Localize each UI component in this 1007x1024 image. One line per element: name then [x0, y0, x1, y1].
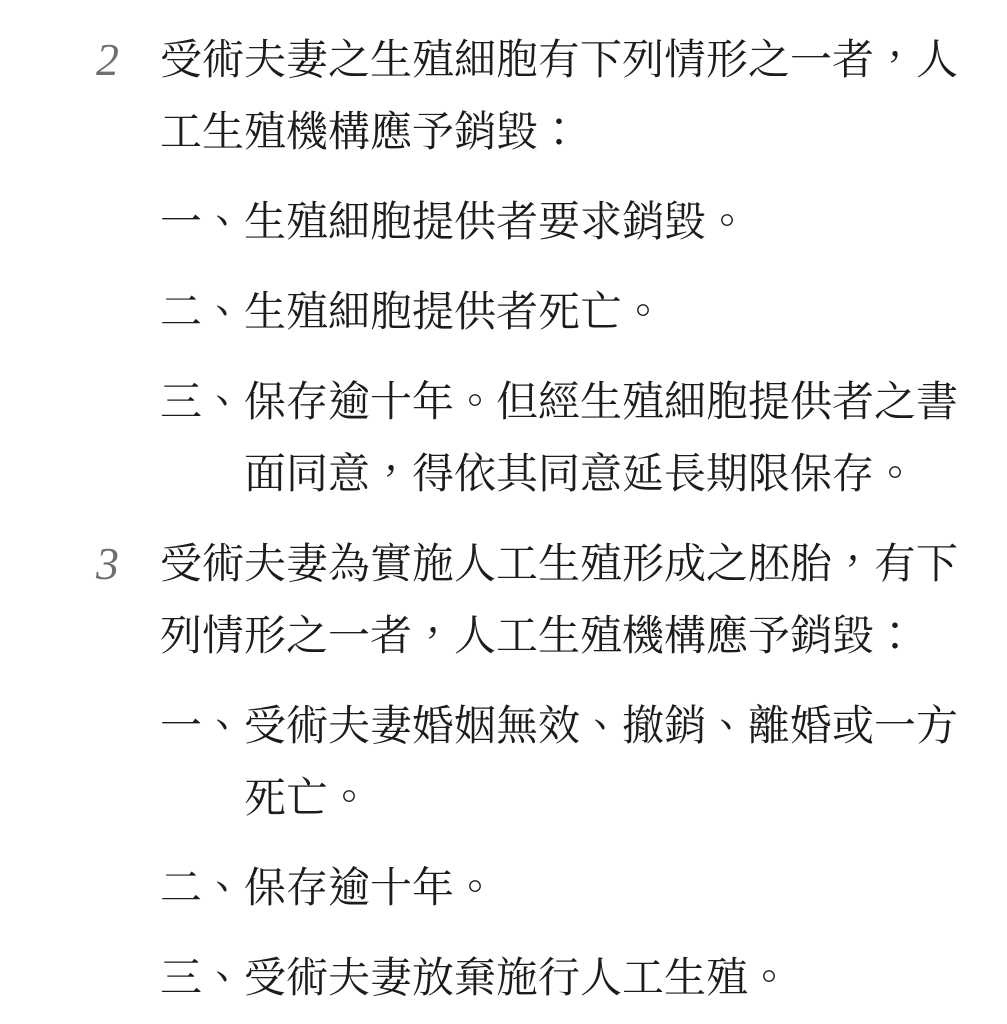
list-item-text: 生殖細胞提供者死亡。 — [244, 276, 962, 348]
legal-document-page: 2 受術夫妻之生殖細胞有下列情形之一者，人工生殖機構應予銷毀： 一、 生殖細胞提… — [0, 0, 1007, 1024]
list-item: 三、 保存逾十年。但經生殖細胞提供者之書面同意，得依其同意延長期限保存。 — [160, 366, 962, 510]
list-item-marker: 二、 — [160, 852, 244, 924]
list-item-text: 受術夫妻婚姻無效、撤銷、離婚或一方死亡。 — [244, 690, 962, 834]
list-item-marker: 三、 — [160, 942, 244, 1014]
list-item-marker: 三、 — [160, 366, 244, 510]
paragraph-text: 受術夫妻之生殖細胞有下列情形之一者，人工生殖機構應予銷毀： — [160, 24, 962, 168]
paragraph-text: 受術夫妻為實施人工生殖形成之胚胎，有下列情形之一者，人工生殖機構應予銷毀： — [160, 528, 962, 672]
list-item: 一、 受術夫妻婚姻無效、撤銷、離婚或一方死亡。 — [160, 690, 962, 834]
list-item: 二、 生殖細胞提供者死亡。 — [160, 276, 962, 348]
list-item: 二、 保存逾十年。 — [160, 852, 962, 924]
list-item-text: 生殖細胞提供者要求銷毀。 — [244, 186, 962, 258]
list-item: 三、 受術夫妻放棄施行人工生殖。 — [160, 942, 962, 1014]
paragraph-2: 2 受術夫妻之生殖細胞有下列情形之一者，人工生殖機構應予銷毀： 一、 生殖細胞提… — [0, 24, 1007, 510]
list-item-text: 保存逾十年。 — [244, 852, 962, 924]
list-item: 一、 生殖細胞提供者要求銷毀。 — [160, 186, 962, 258]
list-item-text: 受術夫妻放棄施行人工生殖。 — [244, 942, 962, 1014]
list-item-marker: 一、 — [160, 186, 244, 258]
paragraph-3: 3 受術夫妻為實施人工生殖形成之胚胎，有下列情形之一者，人工生殖機構應予銷毀： … — [0, 528, 1007, 1014]
paragraph-number: 2 — [96, 24, 152, 96]
list-item-marker: 二、 — [160, 276, 244, 348]
paragraph-number: 3 — [96, 528, 152, 600]
list-item-text: 保存逾十年。但經生殖細胞提供者之書面同意，得依其同意延長期限保存。 — [244, 366, 962, 510]
list-item-marker: 一、 — [160, 690, 244, 834]
